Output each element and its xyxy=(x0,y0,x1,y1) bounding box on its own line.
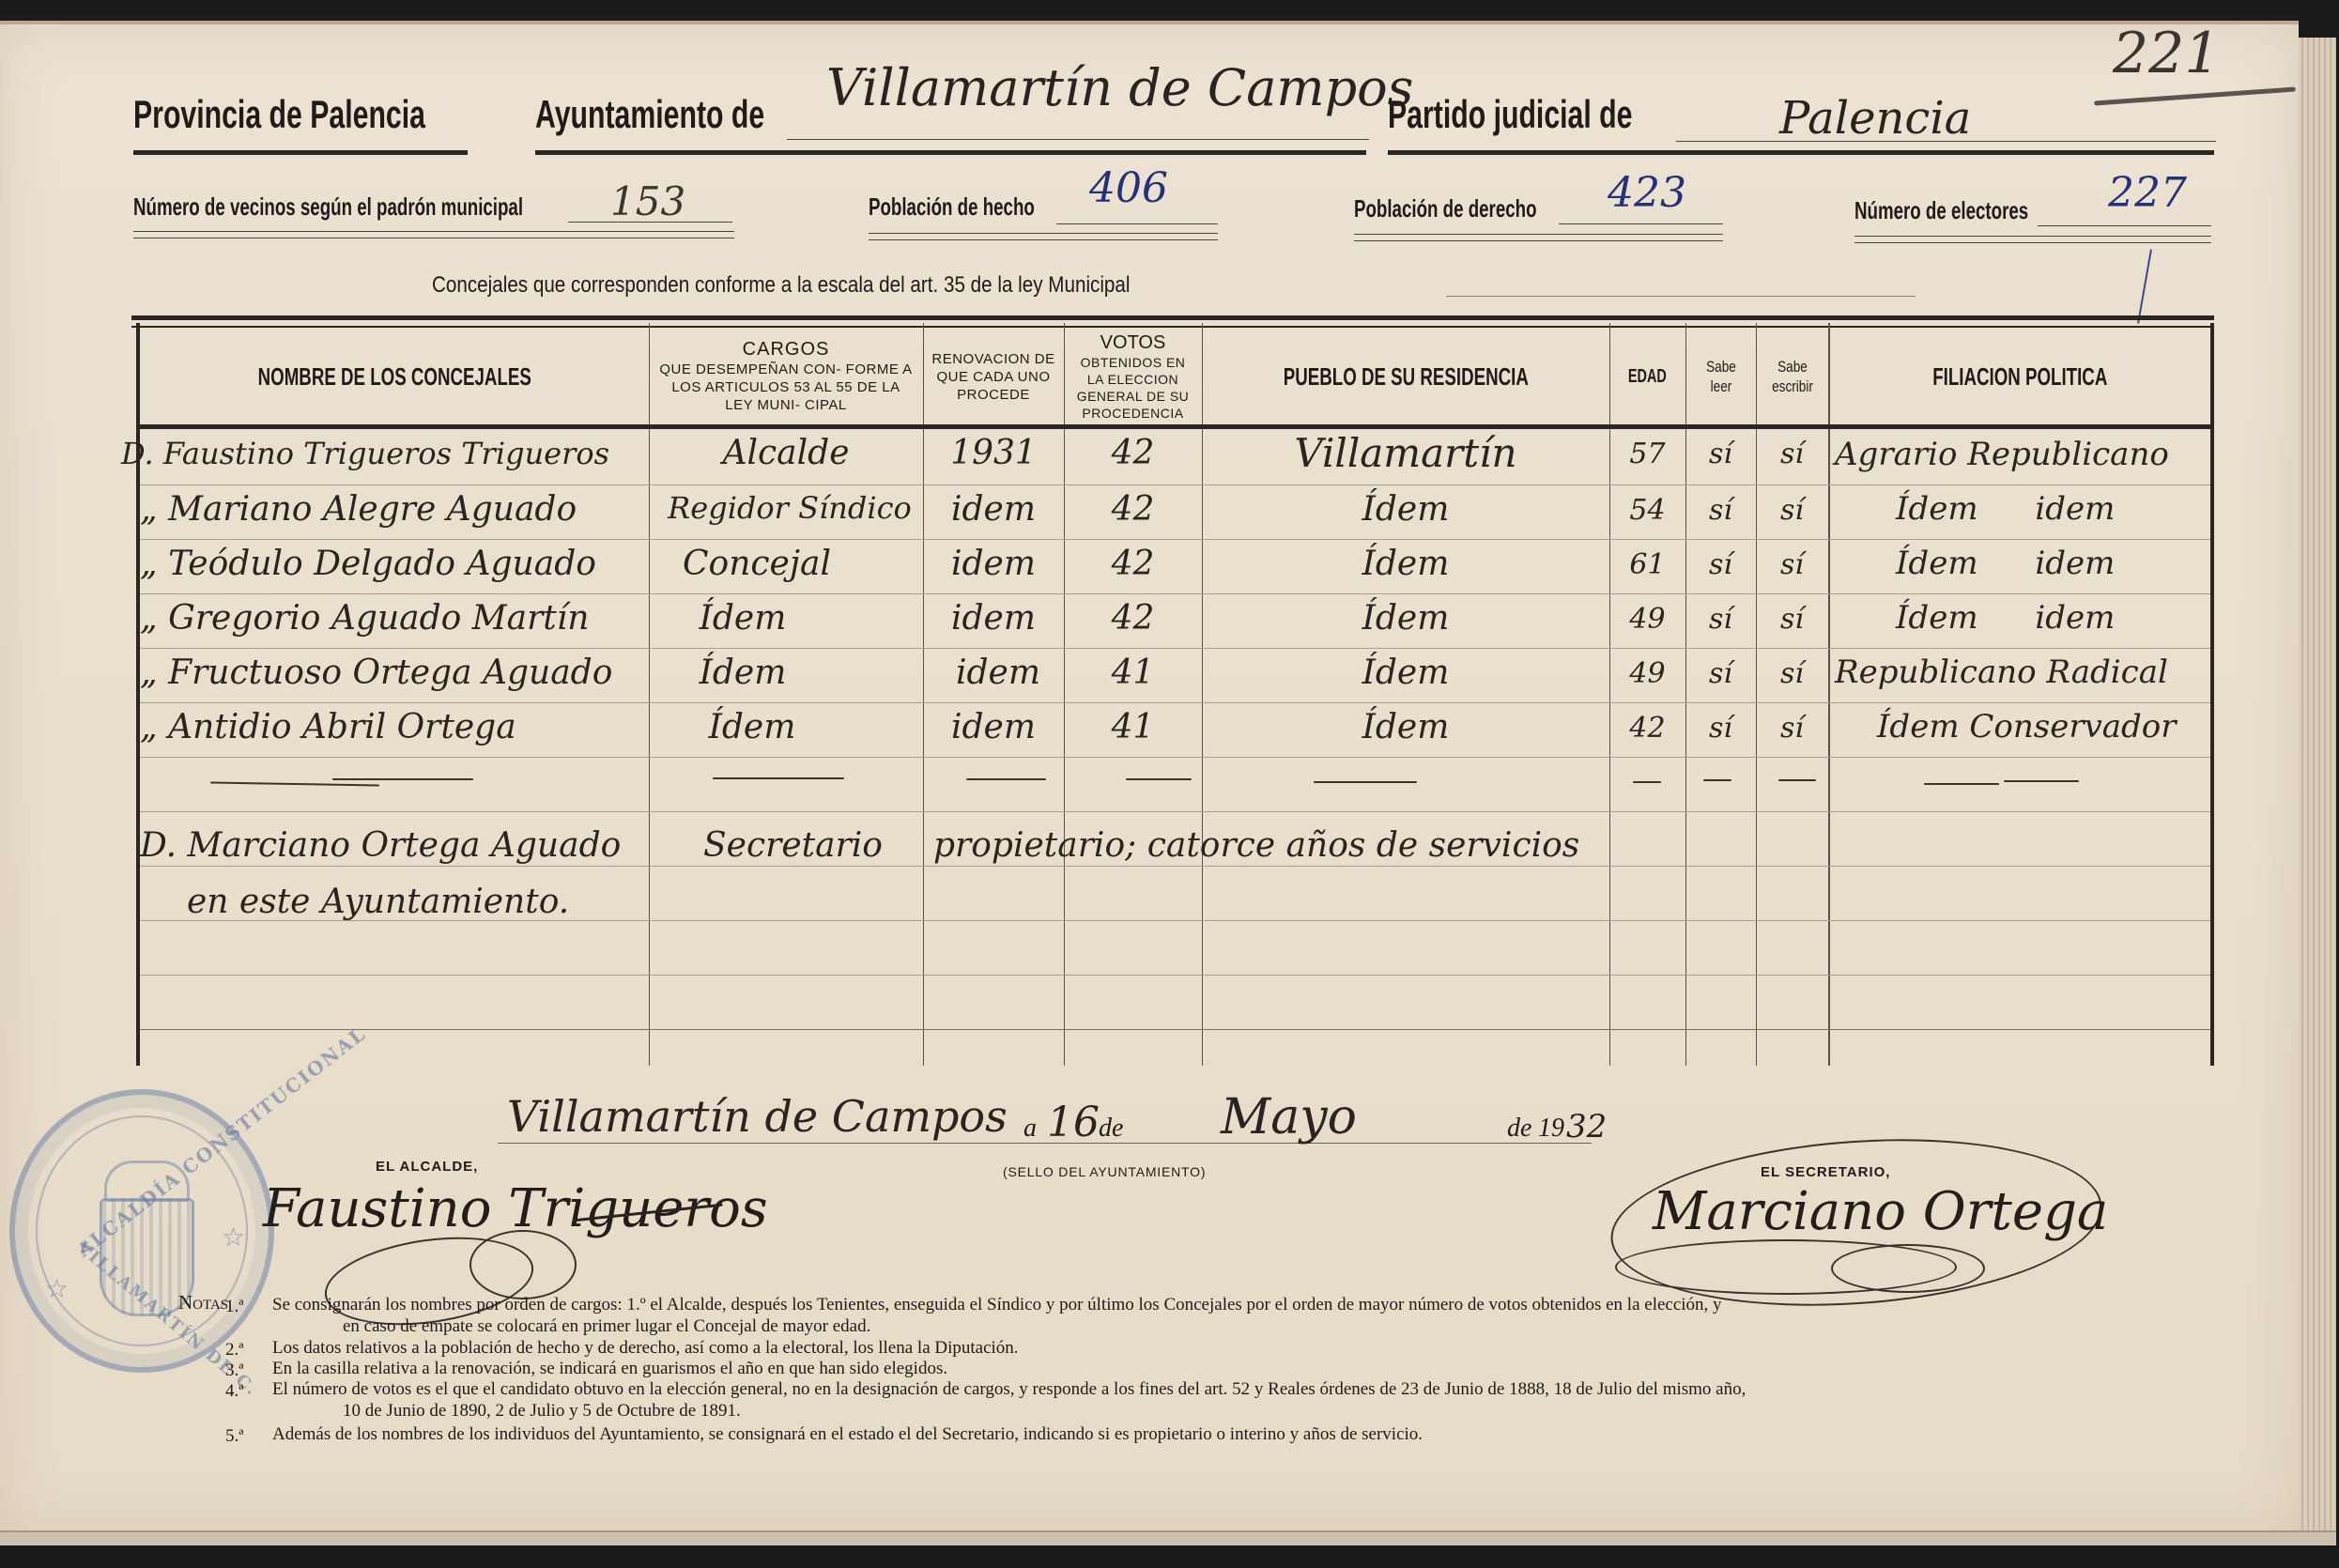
row-1-renovacion: idem xyxy=(923,490,1064,529)
header-cargos-title: CARGOS xyxy=(743,339,830,361)
electores-underline-2 xyxy=(1854,242,2211,243)
alcalde-label: EL ALCALDE, xyxy=(376,1159,478,1175)
ruled-line xyxy=(140,539,2210,540)
row-0-escribir: sí xyxy=(1756,438,1828,470)
placeholder-dash xyxy=(210,781,379,786)
partido-label: Partido judicial de xyxy=(1388,92,1632,137)
poblacion-derecho-label: Población de derecho xyxy=(1354,194,1537,223)
row-1-escribir: sí xyxy=(1756,494,1828,527)
partido-value: Palencia xyxy=(1779,92,1971,145)
note-5-text: Además de los nombres de los individuos … xyxy=(272,1424,1423,1445)
date-year-suffix: 32 xyxy=(1566,1108,1607,1145)
row-1-leer: sí xyxy=(1685,494,1756,527)
note-2-text: Los datos relativos a la población de he… xyxy=(272,1338,1019,1359)
row-5-nombre: „ Antidio Abril Ortega xyxy=(140,708,516,746)
date-de-2: de xyxy=(1507,1114,1531,1144)
page-number: 221 xyxy=(2113,21,2221,86)
placeholder-dash xyxy=(1703,779,1731,781)
placeholder-dash xyxy=(1924,783,1999,785)
header-votos-sub: OBTENIDOS EN LA ELECCION GENERAL DE SU P… xyxy=(1072,354,1194,422)
hecho-underline-2 xyxy=(869,239,1218,240)
date-a: a xyxy=(1023,1114,1037,1144)
ruled-line xyxy=(140,648,2210,649)
placeholder-dash xyxy=(1126,778,1192,780)
header-sabe-leer: Sabe leer xyxy=(1685,331,1756,423)
header-votos: VOTOS OBTENIDOS EN LA ELECCION GENERAL D… xyxy=(1064,331,1202,423)
row-5-pueblo: Ídem xyxy=(1202,708,1609,746)
row-1-cargo: Regidor Síndico xyxy=(649,490,931,526)
row-2-edad: 61 xyxy=(1609,548,1685,581)
ruled-line xyxy=(140,975,2210,976)
row-4-filiacion: Republicano Radical xyxy=(1835,653,2168,691)
row-2-votos: 42 xyxy=(1064,545,1202,583)
alcalde-rubric-loop xyxy=(469,1230,577,1299)
row-5-votos: 41 xyxy=(1064,708,1202,746)
header-renovacion: RENOVACION DE QUE CADA UNO PROCEDE xyxy=(923,331,1064,423)
row-2-leer: sí xyxy=(1685,548,1756,581)
row-0-leer: sí xyxy=(1685,438,1756,470)
row-0-renovacion: 1931 xyxy=(923,434,1064,472)
row-3-cargo: Ídem xyxy=(649,599,837,638)
row-3-nombre: „ Gregorio Aguado Martín xyxy=(140,599,589,638)
provincia-underline xyxy=(133,150,468,155)
row-2-cargo: Concejal xyxy=(649,545,865,583)
col-divider xyxy=(1609,323,1610,1066)
row-0-filiacion: Agrario Republicano xyxy=(1835,436,2169,473)
concejales-escala-field xyxy=(1446,296,1916,297)
row-4-renovacion: idem xyxy=(923,653,1073,692)
row-0-pueblo: Villamartín xyxy=(1202,430,1609,476)
date-line xyxy=(498,1143,1592,1144)
row-2-nombre: „ Teódulo Delgado Aguado xyxy=(140,545,596,583)
electores-value: 227 xyxy=(2108,169,2187,217)
secretary-name: D. Marciano Ortega Aguado xyxy=(140,826,621,865)
placeholder-dash xyxy=(966,778,1046,780)
ruled-line xyxy=(140,866,2210,867)
header-separator xyxy=(140,424,2210,429)
row-1-edad: 54 xyxy=(1609,494,1685,527)
row-5-renovacion: idem xyxy=(923,708,1064,746)
row-3-filiacion: Ídem idem xyxy=(1896,599,2115,637)
row-5-cargo: Ídem xyxy=(649,708,855,746)
date-year-prefix: 19 xyxy=(1538,1114,1564,1144)
row-5-escribir: sí xyxy=(1756,712,1828,745)
secretary-status: propietario; catorce años de servicios xyxy=(933,826,1579,865)
ayuntamiento-underline xyxy=(535,150,1366,155)
electores-label: Número de electores xyxy=(1854,196,2028,225)
secretary-line-2: en este Ayuntamiento. xyxy=(187,883,569,921)
row-4-cargo: Ídem xyxy=(649,653,837,692)
date-day: 16 xyxy=(1047,1099,1100,1146)
derecho-underline-2 xyxy=(1354,240,1723,241)
row-2-renovacion: idem xyxy=(923,545,1064,583)
placeholder-dash xyxy=(332,778,473,780)
col-divider xyxy=(1756,323,1757,1066)
partido-underline xyxy=(1388,150,2214,155)
ruled-line xyxy=(140,757,2210,758)
ayuntamiento-field-line xyxy=(787,139,1369,140)
date-month: Mayo xyxy=(1221,1089,1357,1145)
row-1-filiacion: Ídem idem xyxy=(1896,490,2115,528)
secretario-rubric-loop xyxy=(1831,1244,1985,1293)
row-1-pueblo: Ídem xyxy=(1202,490,1609,529)
notes-prefix: Notas xyxy=(178,1291,228,1314)
row-4-edad: 49 xyxy=(1609,657,1685,690)
header-cargos: CARGOS QUE DESEMPEÑAN CON- FORME A LOS A… xyxy=(649,331,923,423)
partido-field-line xyxy=(1676,141,2216,142)
row-0-votos: 42 xyxy=(1064,434,1202,472)
secretario-signature: Marciano Ortega xyxy=(1653,1181,2108,1242)
row-5-filiacion: Ídem Conservador xyxy=(1877,708,2177,746)
note-4-num: 4.ª xyxy=(225,1381,244,1402)
row-5-edad: 42 xyxy=(1609,712,1685,745)
ruled-line xyxy=(140,484,2210,485)
note-2-num: 2.ª xyxy=(225,1340,244,1360)
note-1-text: Se consignarán los nombres por orden de … xyxy=(272,1295,1722,1315)
vecinos-underline-2 xyxy=(133,238,734,238)
ruled-line xyxy=(140,811,2210,812)
electores-field-line xyxy=(2038,225,2211,226)
placeholder-dash xyxy=(2004,780,2079,782)
row-3-votos: 42 xyxy=(1064,599,1202,638)
page-bottom-edge xyxy=(0,1530,2336,1545)
secretario-label: EL SECRETARIO, xyxy=(1761,1164,1890,1180)
ayuntamiento-label: Ayuntamiento de xyxy=(535,92,764,137)
note-5-num: 5.ª xyxy=(225,1426,244,1447)
ruled-line xyxy=(140,593,2210,594)
header-sabe-escribir: Sabe escribir xyxy=(1756,331,1828,423)
concejales-escala-label: Concejales que corresponden conforme a l… xyxy=(432,272,1130,299)
hecho-underline-1 xyxy=(869,233,1218,234)
row-4-votos: 41 xyxy=(1064,653,1202,692)
row-4-pueblo: Ídem xyxy=(1202,653,1609,692)
placeholder-dash xyxy=(1778,779,1816,781)
row-2-escribir: sí xyxy=(1756,548,1828,581)
row-3-renovacion: idem xyxy=(923,599,1064,638)
poblacion-derecho-value: 423 xyxy=(1608,169,1686,217)
note-4-text: El número de votos es el que el candidat… xyxy=(272,1379,1746,1400)
row-3-pueblo: Ídem xyxy=(1202,599,1609,638)
col-divider xyxy=(1828,323,1830,1066)
header-pueblo: PUEBLO DE SU RESIDENCIA xyxy=(1202,331,1609,423)
poblacion-hecho-value: 406 xyxy=(1089,164,1168,212)
vecinos-underline-1 xyxy=(133,231,734,232)
ayuntamiento-value: Villamartín de Campos xyxy=(826,58,1413,117)
row-4-nombre: „ Fructuoso Ortega Aguado xyxy=(140,653,612,692)
note-1-num: 1.ª xyxy=(225,1297,244,1317)
seal-label: (SELLO DEL AYUNTAMIENTO) xyxy=(1003,1164,1206,1179)
page-stack-edge xyxy=(2299,38,2336,1530)
date-place: Villamartín de Campos xyxy=(507,1091,1008,1142)
note-4-cont: 10 de Junio de 1890, 2 de Julio y 5 de O… xyxy=(343,1401,741,1422)
header-cargos-sub: QUE DESEMPEÑAN CON- FORME A LOS ARTICULO… xyxy=(659,361,913,414)
header-edad: EDAD xyxy=(1609,331,1685,423)
row-2-filiacion: Ídem idem xyxy=(1896,545,2115,582)
row-0-cargo: Alcalde xyxy=(649,434,923,472)
row-1-nombre: „ Mariano Alegre Aguado xyxy=(140,490,577,529)
header-filiacion: FILIACION POLITICA xyxy=(1830,331,2210,423)
note-3-num: 3.ª xyxy=(225,1360,244,1381)
hecho-field-line xyxy=(1056,223,1218,224)
row-4-escribir: sí xyxy=(1756,657,1828,690)
electores-underline-1 xyxy=(1854,236,2211,237)
col-divider xyxy=(1685,323,1686,1066)
vecinos-field-line xyxy=(568,222,732,223)
row-5-leer: sí xyxy=(1685,712,1756,745)
derecho-underline-1 xyxy=(1354,234,1723,235)
ruled-line xyxy=(140,1029,2210,1030)
vecinos-label: Número de vecinos según el padrón munici… xyxy=(133,192,523,222)
row-0-nombre: D. Faustino Trigueros Trigueros xyxy=(121,436,609,471)
row-0-edad: 57 xyxy=(1609,438,1685,470)
date-de-1: de xyxy=(1099,1114,1123,1144)
row-3-leer: sí xyxy=(1685,603,1756,636)
secretary-cargo: Secretario xyxy=(703,826,883,865)
note-3-text: En la casilla relativa a la renovación, … xyxy=(272,1359,947,1379)
row-3-escribir: sí xyxy=(1756,603,1828,636)
placeholder-dash xyxy=(1633,781,1661,783)
row-2-pueblo: Ídem xyxy=(1202,545,1609,583)
row-4-leer: sí xyxy=(1685,657,1756,690)
municipal-seal-stamp: ALCALDÍA CONSTITUCIONAL VILLAMARTÍN DE C… xyxy=(9,1089,274,1373)
derecho-field-line xyxy=(1559,223,1723,224)
poblacion-hecho-label: Población de hecho xyxy=(869,192,1035,222)
stamp-star-icon: ☆ xyxy=(222,1222,245,1253)
header-nombre: NOMBRE DE LOS CONCEJALES xyxy=(140,331,649,423)
stamp-star-icon: ☆ xyxy=(45,1273,69,1304)
concejales-table: NOMBRE DE LOS CONCEJALES CARGOS QUE DESE… xyxy=(136,323,2214,1066)
note-1-cont: en caso de empate se colocará en primer … xyxy=(343,1316,870,1337)
row-3-edad: 49 xyxy=(1609,603,1685,636)
placeholder-dash xyxy=(713,777,844,779)
provincia-title: Provincia de Palencia xyxy=(133,92,425,137)
header-votos-title: VOTOS xyxy=(1100,332,1166,354)
vecinos-value: 153 xyxy=(610,178,685,224)
row-1-votos: 42 xyxy=(1064,490,1202,529)
placeholder-dash xyxy=(1314,781,1417,783)
ruled-line xyxy=(140,702,2210,703)
